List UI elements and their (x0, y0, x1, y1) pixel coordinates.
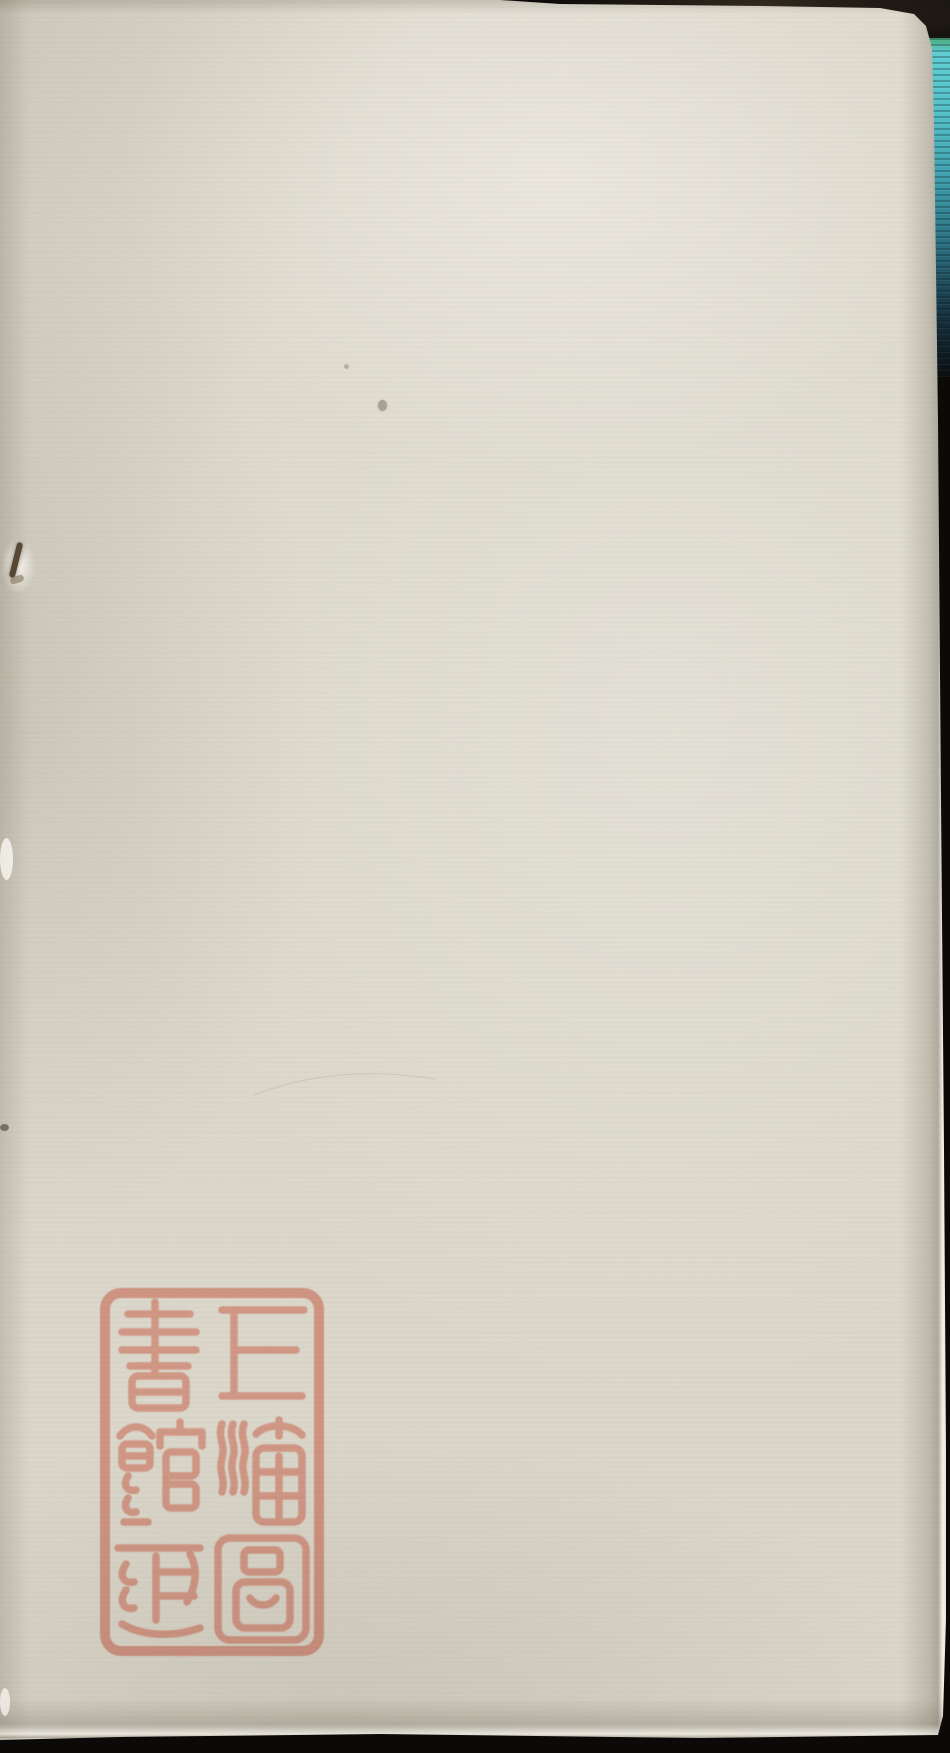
seal-char-hai (220, 1420, 302, 1522)
crease-dark-mark (9, 542, 24, 578)
library-seal: 上海圖書館藏 (98, 1286, 326, 1658)
page-bottom-edge-shadow (0, 1698, 950, 1738)
paper-edge-scuff (0, 838, 13, 880)
paper-page: 上海圖書館藏 (0, 0, 950, 1753)
seal-char-shu (122, 1302, 196, 1408)
seal-char-cang (118, 1548, 200, 1634)
seal-char-guan (120, 1422, 202, 1522)
book-scan: 上海圖書館藏 (0, 0, 950, 1753)
paper-speck (378, 400, 387, 411)
faint-scratch-line (250, 1055, 440, 1105)
paper-edge-scuff (0, 1688, 10, 1716)
paper-damage-crease (0, 528, 46, 604)
seal-stamp-graphic (98, 1286, 326, 1658)
seal-char-tu (218, 1538, 306, 1640)
seal-char-shang (222, 1310, 304, 1396)
paper-speck (0, 1124, 9, 1131)
paper-speck (344, 364, 349, 369)
